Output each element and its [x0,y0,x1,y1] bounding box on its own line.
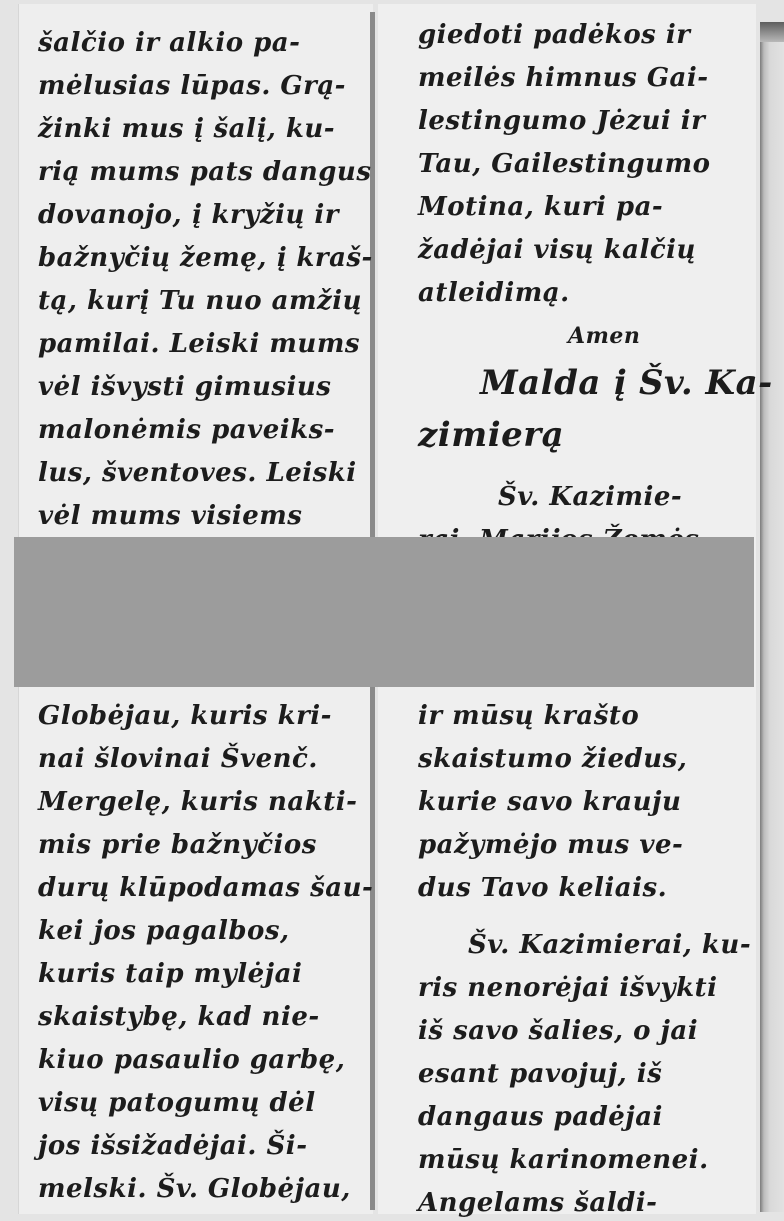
text-line: kurie savo krauju [418,781,751,824]
text-line: vėl išvysti gimusius [38,366,373,409]
text-line: atleidimą. [418,272,773,315]
text-line: Šv. Kazimierai, ku- [418,924,751,967]
text-line: malonėmis paveiks- [38,409,373,452]
text-line: rią mums pats dangus [38,151,373,194]
text-line: dangaus padėjai [418,1096,751,1139]
text-line: esant pavojuj, iš [418,1053,751,1096]
amen-text: Amen [418,315,773,358]
text-line: durų klūpodamas šau- [38,867,373,910]
text-line: Angelams šaldi- [418,1182,751,1221]
top-right-text-block: giedoti padėkos ir meilės himnus Gai- le… [418,14,773,562]
text-line: Tau, Gailestingumo [418,143,773,186]
text-line: skaistybę, kad nie- [38,996,373,1039]
text-line: Šv. Kazimie- [418,476,773,519]
text-line: lestingumo Jėzui ir [418,100,773,143]
text-line: kiuo pasaulio garbę, [38,1039,373,1082]
text-line: nai šlovinai Švenč. [38,738,373,781]
text-line: jos išsižadėjai. Ši- [38,1125,373,1168]
text-line: dovanojo, į kryžių ir [38,194,373,237]
text-line: mėlusias lūpas. Grą- [38,65,373,108]
text-line: skaistumo žiedus, [418,738,751,781]
text-line: melski. Šv. Globėjau, [38,1168,373,1211]
prayer-heading: Malda į Šv. Ka- [418,358,773,410]
text-line: mūsų karinomenei. [418,1139,751,1182]
text-line: kuris taip mylėjai [38,953,373,996]
text-line: lus, šventoves. Leiski [38,452,373,495]
bottom-right-text-block: ir mūsų krašto skaistumo žiedus, kurie s… [418,695,751,1221]
text-line: iš savo šalies, o jai [418,1010,751,1053]
text-line: kei jos pagalbos, [38,910,373,953]
text-line: Globėjau, kuris kri- [38,695,373,738]
text-line: mis prie bažnyčios [38,824,373,867]
text-line: visų patogumų dėl [38,1082,373,1125]
text-line: vėl mums visiems [38,495,373,538]
spacer [418,462,773,476]
text-line: giedoti padėkos ir [418,14,773,57]
text-line: bažnyčių žemę, į kraš- [38,237,373,280]
gray-redaction-band [14,537,754,687]
text-line: dus Tavo keliais. [418,867,751,910]
text-line: ir mūsų krašto [418,695,751,738]
text-line: tą, kurį Tu nuo amžių [38,280,373,323]
bottom-left-text-block: Globėjau, kuris kri- nai šlovinai Švenč.… [38,695,373,1211]
text-line: ris nenorėjai išvykti [418,967,751,1010]
text-line: meilės himnus Gai- [418,57,773,100]
text-line: Mergelę, kuris nakti- [38,781,373,824]
prayer-heading-continued: zimierą [418,410,773,462]
text-line: pamilai. Leiski mums [38,323,373,366]
text-line: pažymėjo mus ve- [418,824,751,867]
text-line: žadėjai visų kalčių [418,229,773,272]
spacer [418,910,751,924]
top-left-text-block: šalčio ir alkio pa- mėlusias lūpas. Grą-… [38,22,373,538]
text-line: šalčio ir alkio pa- [38,22,373,65]
text-line: žinki mus į šalį, ku- [38,108,373,151]
text-line: Motina, kuri pa- [418,186,773,229]
